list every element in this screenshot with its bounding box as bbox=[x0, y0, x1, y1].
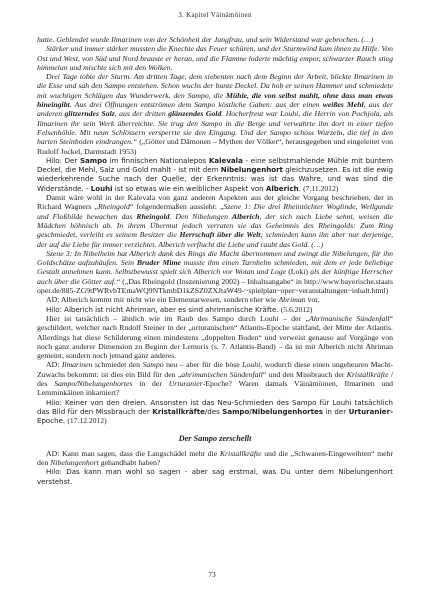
ad-question-alberich-ahriman: AD: Alberich kommt mir nicht wie ein Ele… bbox=[37, 295, 393, 304]
hilo-answer-ahrimanische-kraefte: Hilo: Alberich ist nicht Ahriman, aber e… bbox=[37, 305, 393, 314]
ad-kommentar-suendenfall: Hier ist tatsächlich – ähnlich wie im Ra… bbox=[37, 314, 393, 360]
kalevala-quote-continuation: hatte. Geblendet wurde Ilmarinen von der… bbox=[37, 35, 393, 44]
kalevala-quote-sturm: Stärker und immer stärker mussten die Kn… bbox=[37, 44, 393, 72]
rheingold-szene1: Damit wäre wohl in der Kalevala von ganz… bbox=[37, 193, 393, 249]
ad-frage-neuschmieden: AD: Ilmarinen schmiedet den Sampo neu – … bbox=[37, 360, 393, 397]
rheingold-szene3: Szene 3: In Nibelheim hat Alberich dank … bbox=[37, 249, 393, 295]
kalevala-quote-sampo-entsteht: Drei Tage tobte der Sturm. Am dritten Ta… bbox=[37, 72, 393, 156]
hilo-antwort-nibelungenhort: Hilo: Das kann man wohl so sagen - aber … bbox=[37, 467, 393, 486]
document-page: 3. Kapitel Väinämöinen hatte. Geblendet … bbox=[0, 0, 424, 600]
section-heading-der-sampo-zerschellt: Der Sampo zerschellt bbox=[37, 434, 393, 443]
running-header: 3. Kapitel Väinämöinen bbox=[37, 11, 393, 19]
ad-frage-langschaedel: AD: Kann man sagen, dass die Langschädel… bbox=[37, 449, 393, 468]
page-number: 73 bbox=[0, 570, 424, 579]
hilo-antwort-keiner-von-dreien: Hilo: Keiner von den dreien. Ansonsten i… bbox=[37, 398, 393, 426]
hilo-comment-sampo-nibelungenhort: Hilo: Der Sampo im finnischen Nationalep… bbox=[37, 156, 393, 193]
text-body: hatte. Geblendet wurde Ilmarinen von der… bbox=[37, 35, 393, 486]
